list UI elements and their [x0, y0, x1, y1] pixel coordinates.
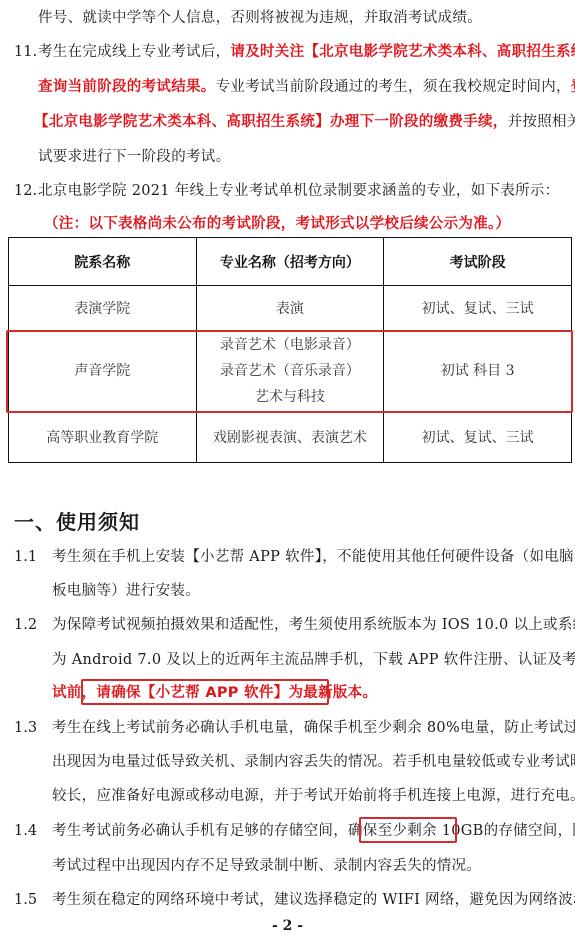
- item-11-line-3: 【北京电影学院艺术类本科、高职招生系统】办理下一阶段的缴费手续，并按照相关考: [34, 112, 575, 132]
- cell-stage: 初试、复试、三试: [384, 286, 572, 331]
- item-11-number: 11.: [14, 42, 37, 62]
- header-major: 专业名称（招考方向）: [196, 238, 384, 286]
- item-1-5-line: 考生须在稳定的网络环境中考试，建议选择稳定的 WIFI 网络，避免因为网络波动或: [52, 890, 575, 910]
- item-1-1-line: 板电脑等）进行安装。: [52, 581, 200, 601]
- table-row: 表演学院 表演 初试、复试、三试: [9, 286, 572, 331]
- item-1-4-number: 1.4: [14, 821, 37, 841]
- item-1-3-number: 1.3: [14, 718, 37, 738]
- item-1-3-line: 出现因为电量过低导致关机、录制内容丢失的情况。若手机电量较低或专业考试时间: [52, 752, 575, 772]
- section-heading: 一、使用须知: [14, 506, 140, 535]
- page-number: - 2 -: [0, 918, 575, 934]
- item-11-highlight: 查询当前阶段的考试结果。: [38, 79, 216, 95]
- header-dept: 院系名称: [9, 238, 197, 286]
- cell-major: 戏剧影视表演、表演艺术: [196, 412, 384, 463]
- highlight-box-storage: [359, 817, 457, 843]
- item-1-2-line: 为保障考试视频拍摄效果和适配性，考生须使用系统版本为 IOS 10.0 以上或系…: [52, 615, 575, 635]
- item-1-2-text: 为 Android 7.0 及以上的近两年主流品牌手机，下载 APP 软件注册、…: [52, 652, 575, 668]
- cell-dept: 高等职业教育学院: [9, 412, 197, 463]
- item-11-highlight: 请及时关注【北京电影学院艺术类本科、高职招生系统】，: [230, 44, 575, 60]
- item-1-4-text: 考生考试前务必确认手机有足够的存储空间，确保: [52, 823, 378, 839]
- item-1-5-number: 1.5: [14, 890, 37, 910]
- item-12-number: 12.: [14, 181, 37, 201]
- header-stage: 考试阶段: [384, 238, 572, 286]
- table-note: （注：以下表格尚未公布的考试阶段，考试形式以学校后续公示为准。）: [44, 214, 510, 234]
- item-11-line-1: 考生在完成线上专业考试后，请及时关注【北京电影学院艺术类本科、高职招生系统】，: [38, 42, 575, 62]
- item-1-2-line: 为 Android 7.0 及以上的近两年主流品牌手机，下载 APP 软件注册、…: [52, 650, 575, 670]
- item-11-line-2: 查询当前阶段的考试结果。专业考试当前阶段通过的考生，须在我校规定时间内，登录: [38, 77, 575, 97]
- table-header-row: 院系名称 专业名称（招考方向） 考试阶段: [9, 238, 572, 286]
- item-1-1-line: 考生须在手机上安装【小艺帮 APP 软件】，不能使用其他任何硬件设备（如电脑、平: [52, 547, 575, 567]
- item-11-text: 并按照相关考: [508, 114, 575, 130]
- item-1-2-number: 1.2: [14, 615, 37, 635]
- item-1-4-line: 考试过程中出现因内存不足导致录制中断、录制内容丢失的情况。: [52, 856, 481, 876]
- item-11-text: 专业考试当前阶段通过的考生，须在我校规定时间内，: [216, 79, 571, 95]
- cell-stage: 初试、复试、三试: [384, 412, 572, 463]
- item-1-1-number: 1.1: [14, 547, 37, 567]
- cell-major: 表演: [196, 286, 384, 331]
- highlight-box-sound-school: [6, 330, 573, 413]
- intro-line: 件号、就读中学等个人信息，否则将被视为违规，并取消考试成绩。: [38, 8, 482, 28]
- item-11-highlight: 登录: [571, 79, 575, 95]
- item-11-line-4: 试要求进行下一阶段的考试。: [38, 147, 230, 167]
- item-12-text: 北京电影学院 2021 年线上专业考试单机位录制要求涵盖的专业，如下表所示：: [38, 181, 560, 201]
- highlight-box-latest-version: [81, 679, 329, 705]
- table-row: 高等职业教育学院 戏剧影视表演、表演艺术 初试、复试、三试: [9, 412, 572, 463]
- item-1-4-text: 的存储空间，防止: [484, 823, 575, 839]
- item-11-text: 考生在完成线上专业考试后，: [38, 44, 230, 60]
- item-1-3-line: 较长，应准备好电源或移动电源，并于考试开始前将手机连接上电源，进行充电。: [52, 786, 575, 806]
- cell-dept: 表演学院: [9, 286, 197, 331]
- item-11-highlight: 【北京电影学院艺术类本科、高职招生系统】办理下一阶段的缴费手续，: [34, 114, 508, 130]
- item-1-4-line: 考生考试前务必确认手机有足够的存储空间，确保至少剩余 10GB的存储空间，防止: [52, 821, 575, 841]
- item-1-3-line: 考生在线上考试前务必确认手机电量，确保手机至少剩余 80%电量，防止考试过程中: [52, 718, 575, 738]
